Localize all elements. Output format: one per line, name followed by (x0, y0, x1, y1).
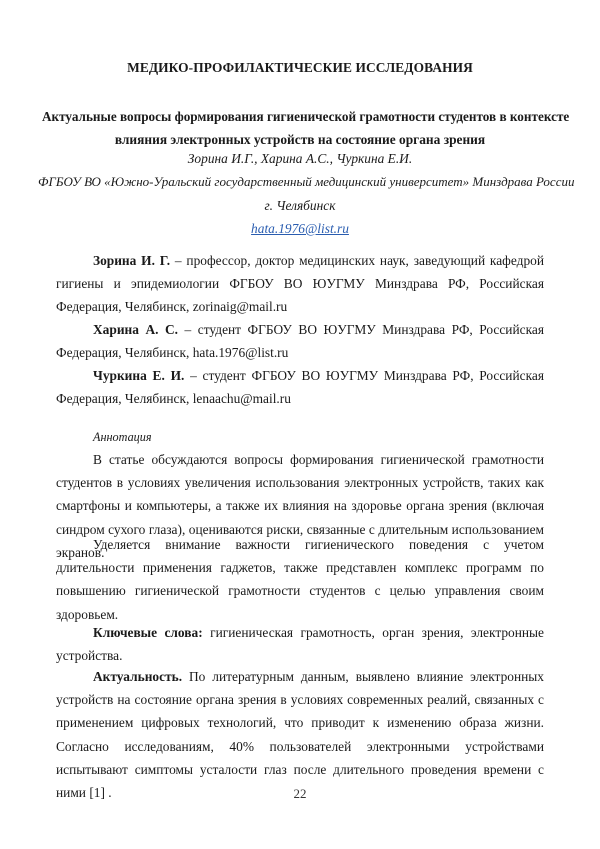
annotation-paragraph-2: Уделяется внимание важности гигиеническо… (56, 533, 544, 626)
article-affiliation: ФГБОУ ВО «Южно-Уральский государственный… (38, 170, 562, 194)
section-heading: МЕДИКО-ПРОФИЛАКТИЧЕСКИЕ ИССЛЕДОВАНИЯ (56, 60, 544, 76)
relevance-label: Актуальность. (93, 669, 182, 684)
author-info-churkina: Чуркина Е. И. – студент ФГБОУ ВО ЮУГМУ М… (56, 364, 544, 410)
author-name: Зорина И. Г. (93, 253, 170, 268)
article-title: Актуальные вопросы формирования гигиенич… (42, 105, 558, 151)
article-contact: hata.1976@list.ru (56, 217, 544, 241)
contact-email-link[interactable]: hata.1976@list.ru (251, 221, 349, 236)
author-info-kharina: Харина А. С. – студент ФГБОУ ВО ЮУГМУ Ми… (56, 318, 544, 364)
page-number: 22 (0, 786, 600, 802)
author-info-zorina: Зорина И. Г. – профессор, доктор медицин… (56, 249, 544, 319)
author-name: Харина А. С. (93, 322, 178, 337)
article-title-line-1: Актуальные вопросы формирования гигиенич… (42, 105, 558, 128)
keywords: Ключевые слова: гигиеническая грамотност… (56, 621, 544, 667)
relevance-text: По литературным данным, выявлено влияние… (56, 669, 544, 800)
relevance-paragraph: Актуальность. По литературным данным, вы… (56, 665, 544, 804)
article-authors: Зорина И.Г., Харина А.С., Чуркина Е.И. (56, 147, 544, 171)
annotation-label: Аннотация (93, 430, 581, 445)
author-name: Чуркина Е. И. (93, 368, 184, 383)
article-city: г. Челябинск (56, 194, 544, 218)
keywords-label: Ключевые слова: (93, 625, 203, 640)
